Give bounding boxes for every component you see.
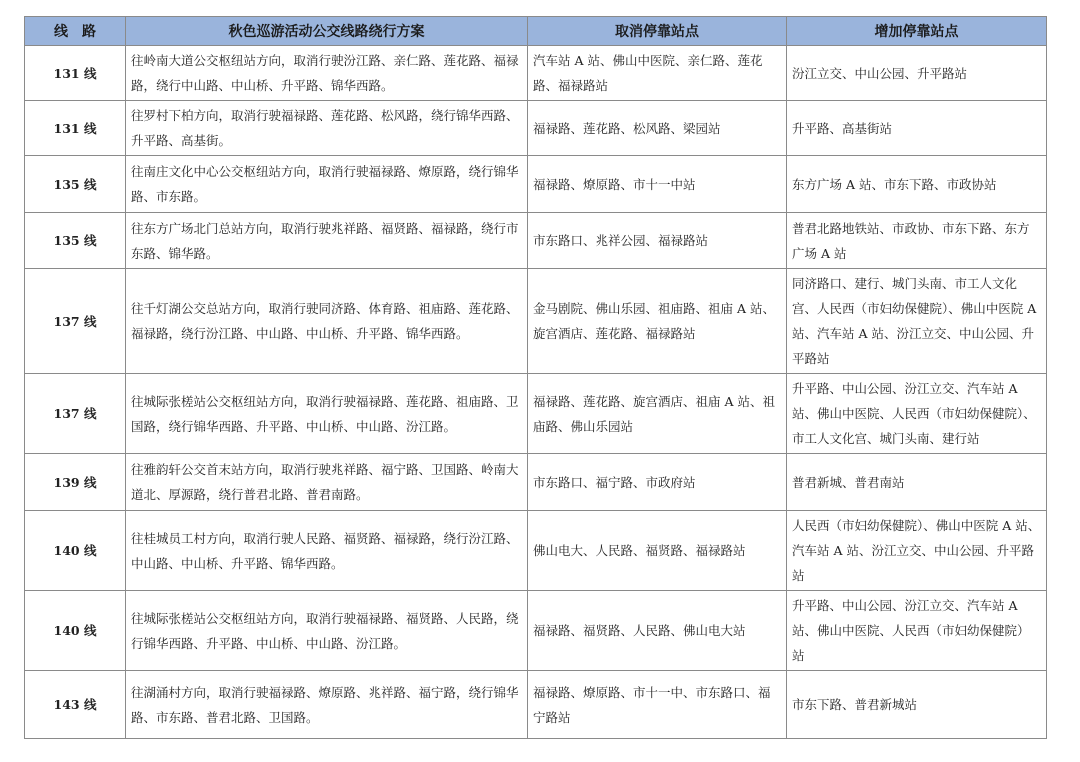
header-plan: 秋色巡游活动公交线路绕行方案	[126, 17, 528, 46]
cancelled-stops-cell: 市东路口、福宁路、市政府站	[528, 454, 787, 511]
line-cell: 137 线	[25, 269, 126, 374]
cancelled-stops-cell: 市东路口、兆祥公园、福禄路站	[528, 213, 787, 269]
cancelled-stops-cell: 福禄路、福贤路、人民路、佛山电大站	[528, 591, 787, 671]
table-row: 135 线往南庄文化中心公交枢纽站方向，取消行驶福禄路、燎原路，绕行锦华路、市东…	[25, 156, 1047, 213]
plan-cell: 往东方广场北门总站方向，取消行驶兆祥路、福贤路、福禄路，绕行市东路、锦华路。	[126, 213, 528, 269]
cancelled-stops-cell: 金马剧院、佛山乐园、祖庙路、祖庙 A 站、旋宫酒店、莲花路、福禄路站	[528, 269, 787, 374]
table-row: 143 线往湖涌村方向，取消行驶福禄路、燎原路、兆祥路、福宁路，绕行锦华路、市东…	[25, 671, 1047, 739]
table-row: 135 线往东方广场北门总站方向，取消行驶兆祥路、福贤路、福禄路，绕行市东路、锦…	[25, 213, 1047, 269]
line-cell: 140 线	[25, 591, 126, 671]
table-header-row: 线 路 秋色巡游活动公交线路绕行方案 取消停靠站点 增加停靠站点	[25, 17, 1047, 46]
line-cell: 135 线	[25, 213, 126, 269]
plan-cell: 往岭南大道公交枢纽站方向，取消行驶汾江路、亲仁路、莲花路、福禄路，绕行中山路、中…	[126, 46, 528, 101]
line-cell: 140 线	[25, 511, 126, 591]
added-stops-cell: 升平路、中山公园、汾江立交、汽车站 A 站、佛山中医院、人民西（市妇幼保健院）、…	[787, 374, 1047, 454]
plan-cell: 往城际张槎站公交枢纽站方向，取消行驶福禄路、莲花路、祖庙路、卫国路，绕行锦华西路…	[126, 374, 528, 454]
table-row: 131 线往罗村下柏方向，取消行驶福禄路、莲花路、松风路，绕行锦华西路、升平路、…	[25, 101, 1047, 156]
plan-cell: 往城际张槎站公交枢纽站方向，取消行驶福禄路、福贤路、人民路，绕行锦华西路、升平路…	[126, 591, 528, 671]
table-row: 137 线往城际张槎站公交枢纽站方向，取消行驶福禄路、莲花路、祖庙路、卫国路，绕…	[25, 374, 1047, 454]
plan-cell: 往千灯湖公交总站方向，取消行驶同济路、体育路、祖庙路、莲花路、福禄路，绕行汾江路…	[126, 269, 528, 374]
plan-cell: 往桂城员工村方向，取消行驶人民路、福贤路、福禄路，绕行汾江路、中山路、中山桥、升…	[126, 511, 528, 591]
line-cell: 131 线	[25, 101, 126, 156]
line-cell: 131 线	[25, 46, 126, 101]
added-stops-cell: 汾江立交、中山公园、升平路站	[787, 46, 1047, 101]
plan-cell: 往罗村下柏方向，取消行驶福禄路、莲花路、松风路，绕行锦华西路、升平路、高基街。	[126, 101, 528, 156]
table-row: 140 线往桂城员工村方向，取消行驶人民路、福贤路、福禄路，绕行汾江路、中山路、…	[25, 511, 1047, 591]
cancelled-stops-cell: 福禄路、莲花路、旋宫酒店、祖庙 A 站、祖庙路、佛山乐园站	[528, 374, 787, 454]
cancelled-stops-cell: 福禄路、莲花路、松风路、梁园站	[528, 101, 787, 156]
table-row: 137 线往千灯湖公交总站方向，取消行驶同济路、体育路、祖庙路、莲花路、福禄路，…	[25, 269, 1047, 374]
added-stops-cell: 市东下路、普君新城站	[787, 671, 1047, 739]
table-body: 131 线往岭南大道公交枢纽站方向，取消行驶汾江路、亲仁路、莲花路、福禄路，绕行…	[25, 46, 1047, 739]
added-stops-cell: 东方广场 A 站、市东下路、市政协站	[787, 156, 1047, 213]
added-stops-cell: 同济路口、建行、城门头南、市工人文化宫、人民西（市妇幼保健院）、佛山中医院 A …	[787, 269, 1047, 374]
added-stops-cell: 人民西（市妇幼保健院）、佛山中医院 A 站、汽车站 A 站、汾江立交、中山公园、…	[787, 511, 1047, 591]
route-detour-table: 线 路 秋色巡游活动公交线路绕行方案 取消停靠站点 增加停靠站点 131 线往岭…	[24, 16, 1047, 739]
table-row: 131 线往岭南大道公交枢纽站方向，取消行驶汾江路、亲仁路、莲花路、福禄路，绕行…	[25, 46, 1047, 101]
table-row: 139 线往雅韵轩公交首末站方向，取消行驶兆祥路、福宁路、卫国路、岭南大道北、厚…	[25, 454, 1047, 511]
cancelled-stops-cell: 汽车站 A 站、佛山中医院、亲仁路、莲花路、福禄路站	[528, 46, 787, 101]
plan-cell: 往湖涌村方向，取消行驶福禄路、燎原路、兆祥路、福宁路，绕行锦华路、市东路、普君北…	[126, 671, 528, 739]
added-stops-cell: 普君新城、普君南站	[787, 454, 1047, 511]
cancelled-stops-cell: 福禄路、燎原路、市十一中、市东路口、福宁路站	[528, 671, 787, 739]
header-line: 线 路	[25, 17, 126, 46]
line-cell: 137 线	[25, 374, 126, 454]
line-cell: 135 线	[25, 156, 126, 213]
plan-cell: 往南庄文化中心公交枢纽站方向，取消行驶福禄路、燎原路，绕行锦华路、市东路。	[126, 156, 528, 213]
header-added-stops: 增加停靠站点	[787, 17, 1047, 46]
added-stops-cell: 升平路、高基街站	[787, 101, 1047, 156]
header-cancelled-stops: 取消停靠站点	[528, 17, 787, 46]
plan-cell: 往雅韵轩公交首末站方向，取消行驶兆祥路、福宁路、卫国路、岭南大道北、厚源路，绕行…	[126, 454, 528, 511]
cancelled-stops-cell: 佛山电大、人民路、福贤路、福禄路站	[528, 511, 787, 591]
table-row: 140 线往城际张槎站公交枢纽站方向，取消行驶福禄路、福贤路、人民路，绕行锦华西…	[25, 591, 1047, 671]
cancelled-stops-cell: 福禄路、燎原路、市十一中站	[528, 156, 787, 213]
line-cell: 139 线	[25, 454, 126, 511]
added-stops-cell: 升平路、中山公园、汾江立交、汽车站 A 站、佛山中医院、人民西（市妇幼保健院）站	[787, 591, 1047, 671]
line-cell: 143 线	[25, 671, 126, 739]
added-stops-cell: 普君北路地铁站、市政协、市东下路、东方广场 A 站	[787, 213, 1047, 269]
